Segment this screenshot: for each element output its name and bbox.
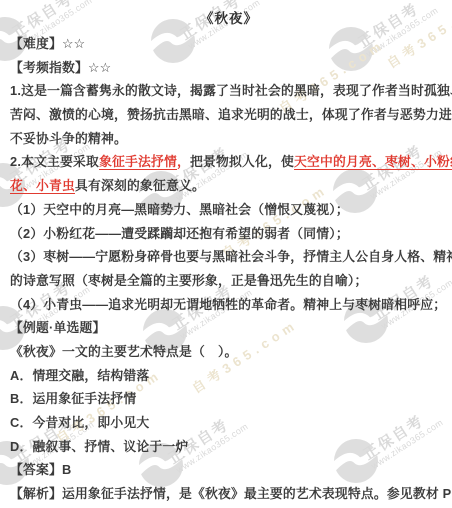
text-line: 2.本文主要采取象征手法抒情，把景物拟人化，使天空中的月亮、枣树、小粉红 xyxy=(10,150,448,174)
highlighted-term: ， xyxy=(177,154,190,169)
page-title: 《秋夜》 xyxy=(10,5,448,32)
text-line: 苦闷、激愤的心境，赞扬抗击黑暗、追求光明的战士，体现了作者与恶势力进行 xyxy=(10,103,448,127)
highlighted-term: 花、小青虫 xyxy=(10,178,75,193)
text-segment: 【难度】☆☆ xyxy=(10,36,85,51)
text-segment: 的诗意写照（枣树是全篇的主要形象，正是鲁迅先生的自喻）； xyxy=(10,273,368,288)
text-segment: 【解析】运用象征手法抒情，是《秋夜》最主要的艺术表现特点。参见教材 P119。 xyxy=(10,486,452,501)
analysis-line: 【解析】运用象征手法抒情，是《秋夜》最主要的艺术表现特点。参见教材 P119。 xyxy=(10,482,448,506)
text-segment: C．今昔对比，即小见大 xyxy=(10,415,149,430)
text-line: 1.这是一篇含蓄隽永的散文诗，揭露了当时社会的黑暗，表现了作者当时孤独、 xyxy=(10,79,448,103)
text-line: 不妥协斗争的精神。 xyxy=(10,127,448,151)
frequency-line: 【考频指数】☆☆ xyxy=(10,56,448,80)
text-segment: 《秋夜》一文的主要艺术特点是（ ）。 xyxy=(10,344,238,359)
example-header: 【例题·单选题】 xyxy=(10,316,448,340)
symbol-item-flower: （2）小粉红花——遭受蹂躏却还抱有希望的弱者（同情）； xyxy=(10,222,448,246)
text-line: 花、小青虫具有深刻的象征意义。 xyxy=(10,174,448,198)
difficulty-line: 【难度】☆☆ xyxy=(10,32,448,56)
text-segment: 苦闷、激愤的心境，赞扬抗击黑暗、追求光明的战士，体现了作者与恶势力进行 xyxy=(10,107,452,122)
symbol-item-tree: （3）枣树——宁愿粉身碎骨也要与黑暗社会斗争，抒情主人公自身人格、精神 xyxy=(10,245,448,269)
option-c: C．今昔对比，即小见大 xyxy=(10,411,448,435)
symbol-item-insect: （4）小青虫——追求光明却无谓地牺牲的革命者。精神上与枣树暗相呼应； xyxy=(10,293,448,317)
text-segment: 不妥协斗争的精神。 xyxy=(10,131,127,146)
text-segment: 具有深刻的象征意义。 xyxy=(75,178,205,193)
text-segment: 把景物拟人化，使 xyxy=(190,154,294,169)
text-segment: 【答案】B xyxy=(10,462,71,477)
text-segment: 2.本文主要采取 xyxy=(10,154,99,169)
answer-line: 【答案】B xyxy=(10,458,448,482)
symbol-item-tree-2: 的诗意写照（枣树是全篇的主要形象，正是鲁迅先生的自喻）； xyxy=(10,269,448,293)
text-segment: （2）小粉红花——遭受蹂躏却还抱有希望的弱者（同情）； xyxy=(10,226,349,241)
option-a: A．情理交融，结构错落 xyxy=(10,364,448,388)
question-stem: 《秋夜》一文的主要艺术特点是（ ）。 xyxy=(10,340,448,364)
document-page: 正保自考www.zikao365.com正保自考www.zikao365.com… xyxy=(0,0,452,508)
text-segment: （3）枣树——宁愿粉身碎骨也要与黑暗社会斗争，抒情主人公自身人格、精神 xyxy=(10,249,452,264)
text-segment: 【例题·单选题】 xyxy=(10,320,105,335)
text-segment: B．运用象征手法抒情 xyxy=(10,391,136,406)
symbol-item-moon: （1）天空中的月亮—黑暗势力、黑暗社会（憎恨又蔑视）； xyxy=(10,198,448,222)
text-segment: （1）天空中的月亮—黑暗势力、黑暗社会（憎恨又蔑视）； xyxy=(10,202,349,217)
text-segment: D．融叙事、抒情、议论于一炉 xyxy=(10,439,188,454)
option-d: D．融叙事、抒情、议论于一炉 xyxy=(10,435,448,459)
text-segment: A．情理交融，结构错落 xyxy=(10,368,149,383)
document-body: 《秋夜》 【难度】☆☆ 【考频指数】☆☆ 1.这是一篇含蓄隽永的散文诗，揭露了当… xyxy=(10,5,448,506)
option-b: B．运用象征手法抒情 xyxy=(10,387,448,411)
highlighted-term: 天空中的月亮、枣树、小粉红 xyxy=(294,154,452,169)
text-segment: （4）小青虫——追求光明却无谓地牺牲的革命者。精神上与枣树暗相呼应； xyxy=(10,297,446,312)
text-segment: 1.这是一篇含蓄隽永的散文诗，揭露了当时社会的黑暗，表现了作者当时孤独、 xyxy=(10,83,452,98)
highlighted-term: 象征手法抒情 xyxy=(99,154,177,169)
text-segment: 【考频指数】☆☆ xyxy=(10,60,111,75)
